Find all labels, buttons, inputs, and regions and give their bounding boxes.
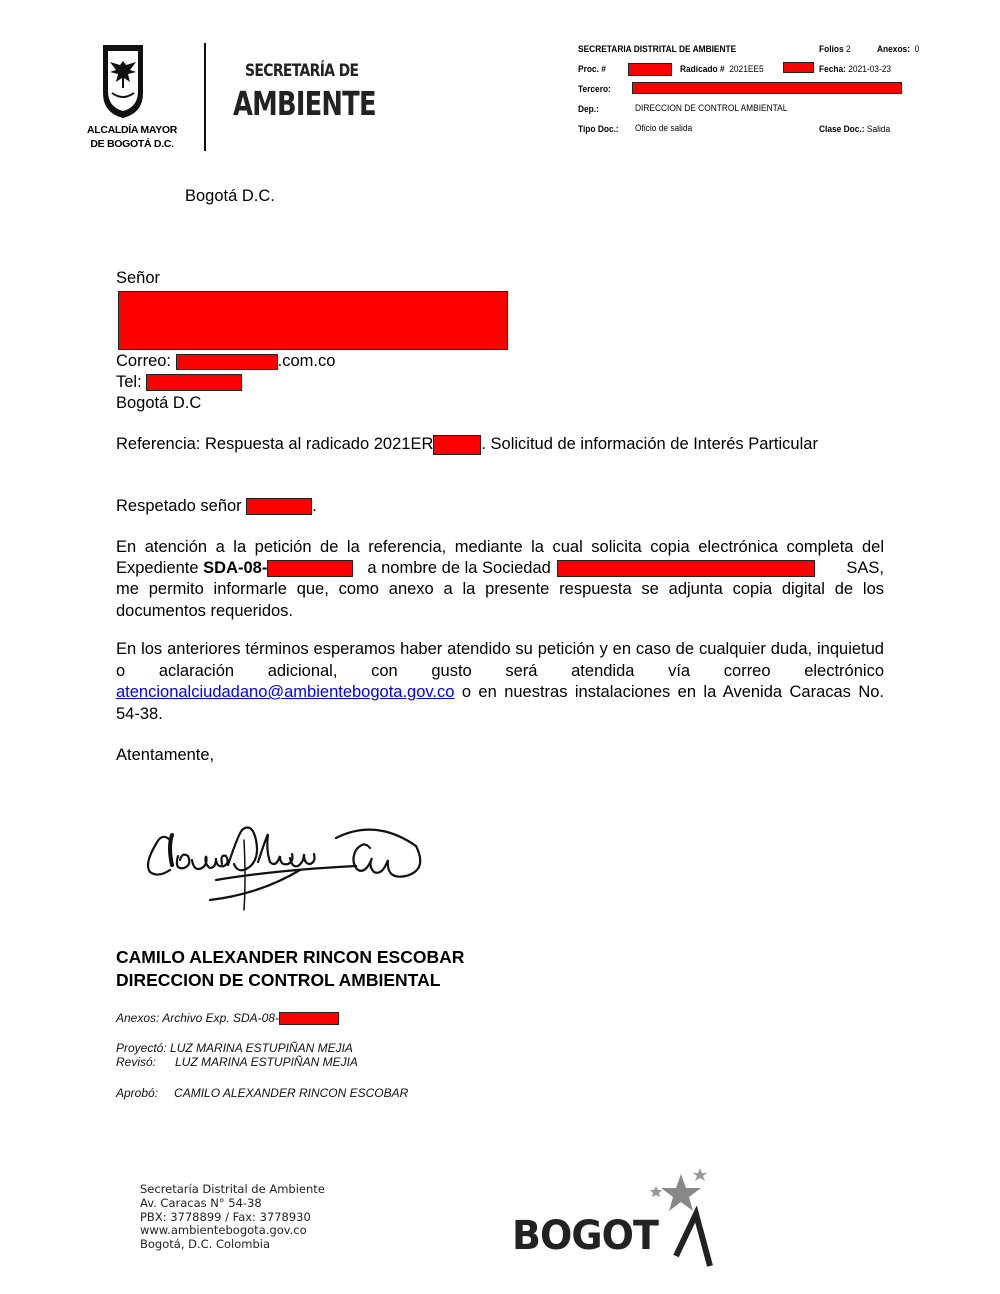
stamp-dep: DIRECCION DE CONTROL AMBIENTAL	[635, 103, 787, 114]
footer-contact: Secretaría Distrital de Ambiente Av. Car…	[140, 1183, 325, 1252]
recipient-city: Bogotá D.C	[116, 393, 201, 414]
bogota-logo: BOGOT	[512, 1213, 658, 1259]
redaction-box	[433, 435, 481, 455]
redaction-box	[557, 560, 815, 577]
stamp-anexos: 0	[915, 44, 920, 55]
ambiente-title: AMBIENTE	[233, 84, 376, 123]
letter-city: Bogotá D.C.	[185, 186, 275, 207]
contact-email-link[interactable]: atencionalciudadano@ambientebogota.gov.c…	[116, 683, 454, 701]
redaction-box	[783, 62, 814, 73]
redaction-box	[279, 1012, 339, 1025]
bogota-logo-a-icon	[672, 1206, 714, 1270]
coat-of-arms-shield-icon	[100, 43, 146, 119]
redaction-box	[632, 82, 902, 94]
aprobo-line: Aprobó:CAMILO ALEXANDER RINCON ESCOBAR	[116, 1087, 408, 1101]
paragraph-1-line-2: Expediente SDA-08- a nombre de la Socied…	[116, 558, 884, 579]
stamp-radicado: 2021EE5	[729, 64, 763, 75]
stamp-clase: Salida	[867, 124, 890, 135]
signatory-name: CAMILO ALEXANDER RINCON ESCOBAR	[116, 946, 464, 969]
anexos-line: Anexos: Archivo Exp. SDA-08-	[116, 1012, 339, 1026]
stamp-fecha: 2021-03-23	[848, 64, 891, 75]
signatory-block: CAMILO ALEXANDER RINCON ESCOBAR DIRECCIO…	[116, 946, 464, 992]
closing: Atentamente,	[116, 745, 214, 766]
alcaldia-logo-text: ALCALDÍA MAYOR DE BOGOTÁ D.C.	[82, 123, 182, 151]
recipient-email-line: Correo: .com.co	[116, 351, 335, 372]
stamp-tipo: Oficio de salida	[635, 123, 692, 134]
header-divider	[204, 43, 206, 151]
redaction-box	[628, 63, 672, 76]
expediente-code: SDA-08-	[203, 558, 267, 579]
greeting-line: Respetado señor .	[116, 496, 317, 517]
recipient-redaction	[118, 291, 508, 350]
recipient-phone-line: Tel:	[116, 372, 242, 393]
paragraph-2: En los anteriores términos esperamos hab…	[116, 639, 884, 725]
reference-line: Referencia: Respuesta al radicado 2021ER…	[116, 434, 818, 455]
stamp-entity: SECRETARIA DISTRITAL DE AMBIENTE	[578, 44, 736, 55]
secretaria-title: SECRETARÍA DE	[245, 61, 358, 81]
handwritten-signature-icon	[140, 820, 430, 915]
salutation-title: Señor	[116, 268, 160, 289]
redaction-box	[267, 560, 353, 577]
redaction-box	[176, 354, 278, 370]
proyecto-line: Proyectó: LUZ MARINA ESTUPIÑAN MEJIA	[116, 1042, 353, 1056]
paragraph-1-line-1: En atención a la petición de la referenc…	[116, 537, 884, 559]
paragraph-1-rest: me permito informarle que, como anexo a …	[116, 579, 884, 622]
signatory-department: DIRECCION DE CONTROL AMBIENTAL	[116, 969, 464, 992]
redaction-box	[146, 374, 242, 391]
redaction-box	[246, 498, 312, 515]
reviso-line: Revisó:LUZ MARINA ESTUPIÑAN MEJIA	[116, 1056, 358, 1070]
stamp-folios: 2	[846, 44, 851, 55]
